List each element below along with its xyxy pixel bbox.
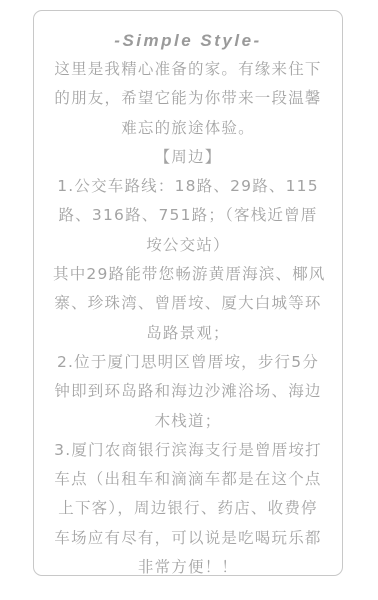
taxi-point-line: 3.厦门农商银行滨海支行是曾厝垵打: [53, 436, 323, 465]
intro-line: 难忘的旅途体验。: [53, 114, 323, 143]
section-heading-nearby: 【周边】: [53, 143, 323, 172]
route-29-line: 寨、珍珠湾、曾厝垵、厦大白城等环: [53, 289, 323, 318]
taxi-point-line: 上下客），周边银行、药店、收费停: [53, 494, 323, 523]
location-line: 木栈道；: [53, 407, 323, 436]
route-29-line: 岛路景观；: [53, 319, 323, 348]
taxi-point-line: 车点（出租车和滴滴车都是在这个点: [53, 465, 323, 494]
intro-line: 这里是我精心准备的家。有缘来住下: [53, 55, 323, 84]
route-29-line: 其中29路能带您畅游黄厝海滨、椰风: [53, 260, 323, 289]
bus-routes-line: 1.公交车路线：18路、29路、115: [53, 172, 323, 201]
bus-routes-line: 路、316路、751路；（客栈近曾厝: [53, 201, 323, 230]
intro-card: -Simple Style- 这里是我精心准备的家。有缘来住下 的朋友，希望它能…: [33, 10, 343, 576]
taxi-point-line: 车场应有尽有，可以说是吃喝玩乐都: [53, 524, 323, 553]
card-title: -Simple Style-: [34, 26, 342, 55]
location-line: 2.位于厦门思明区曾厝垵，步行5分: [53, 348, 323, 377]
taxi-point-line: 非常方便！！: [53, 553, 323, 582]
card-body: 这里是我精心准备的家。有缘来住下 的朋友，希望它能为你带来一段温馨 难忘的旅途体…: [53, 55, 323, 582]
location-line: 钟即到环岛路和海边沙滩浴场、海边: [53, 377, 323, 406]
bus-routes-line: 垵公交站）: [53, 231, 323, 260]
intro-line: 的朋友，希望它能为你带来一段温馨: [53, 84, 323, 113]
